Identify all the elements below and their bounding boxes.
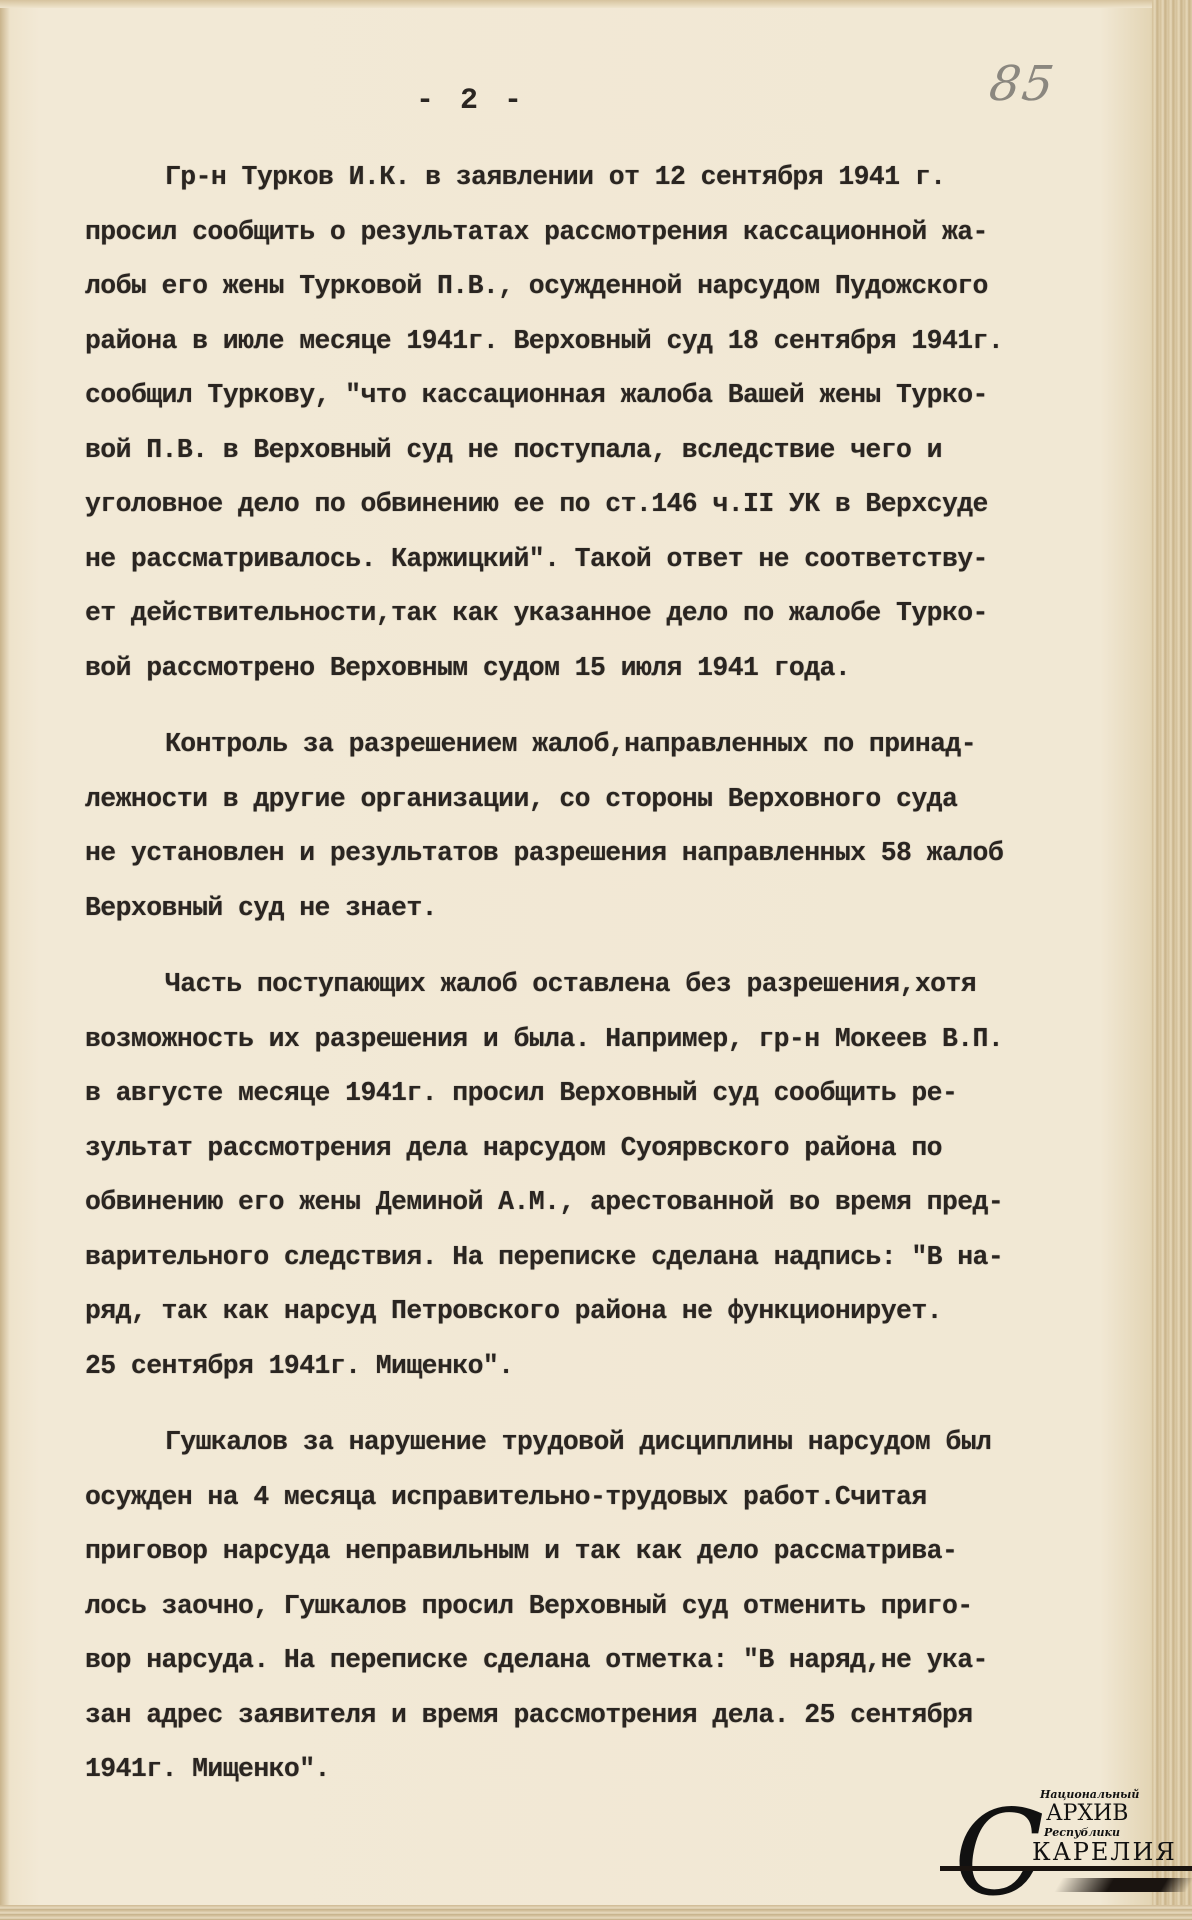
watermark-line-national: Национальный: [1040, 1788, 1139, 1801]
handwritten-folio-number: 85: [986, 56, 1059, 112]
text-line: вой рассмотрено Верховным судом 15 июля …: [85, 641, 1145, 696]
text-line: ет действительности,так как указанное де…: [85, 586, 1145, 641]
text-line: уголовное дело по обвинению ее по ст.146…: [85, 477, 1145, 532]
text-line: вой П.В. в Верховный суд не поступала, в…: [85, 423, 1145, 478]
text-line: зан адрес заявителя и время рассмотрения…: [85, 1688, 1145, 1743]
archive-watermark-logo: C Национальный АРХИВ Республики КАРЕЛИЯ: [940, 1788, 1192, 1920]
scanned-document-page: - 2 - 85 Гр-н Турков И.К. в заявлении от…: [0, 0, 1192, 1920]
text-line: лобы его жены Турковой П.В., осужденной …: [85, 259, 1145, 314]
text-line: Гр-н Турков И.К. в заявлении от 12 сентя…: [85, 150, 1145, 205]
paragraph: Часть поступающих жалоб оставлена без ра…: [85, 957, 1145, 1393]
text-line: лежности в другие организации, со сторон…: [85, 772, 1145, 827]
text-line: не рассматривалось. Каржицкий". Такой от…: [85, 532, 1145, 587]
text-line: возможность их разрешения и была. Наприм…: [85, 1012, 1145, 1067]
watermark-line-karelia: КАРЕЛИЯ: [1032, 1838, 1177, 1866]
text-line: приговор нарсуда неправильным и так как …: [85, 1524, 1145, 1579]
text-line: Верховный суд не знает.: [85, 881, 1145, 936]
text-line: ряд, так как нарсуд Петровского района н…: [85, 1284, 1145, 1339]
document-body: Гр-н Турков И.К. в заявлении от 12 сентя…: [85, 150, 1145, 1797]
page-stack-edge: [1152, 0, 1192, 1920]
paragraph: Гр-н Турков И.К. в заявлении от 12 сентя…: [85, 150, 1145, 695]
paragraph: Гушкалов за нарушение трудовой дисциплин…: [85, 1415, 1145, 1797]
text-line: лось заочно, Гушкалов просил Верховный с…: [85, 1579, 1145, 1634]
text-line: Часть поступающих жалоб оставлена без ра…: [85, 957, 1145, 1012]
text-line: осужден на 4 месяца исправительно-трудов…: [85, 1470, 1145, 1525]
text-line: вор нарсуда. На переписке сделана отметк…: [85, 1633, 1145, 1688]
text-line: варительного следствия. На переписке сде…: [85, 1230, 1145, 1285]
page-number: - 2 -: [416, 84, 526, 118]
watermark-rule: [940, 1866, 1192, 1871]
text-line: района в июле месяце 1941г. Верховный су…: [85, 314, 1145, 369]
text-line: зультат рассмотрения дела нарсудом Суояр…: [85, 1121, 1145, 1176]
text-line: Контроль за разрешением жалоб,направленн…: [85, 717, 1145, 772]
text-line: в августе месяце 1941г. просил Верховный…: [85, 1066, 1145, 1121]
text-line: 25 сентября 1941г. Мищенко".: [85, 1339, 1145, 1394]
text-line: не установлен и результатов разрешения н…: [85, 826, 1145, 881]
page-top-edge: [0, 0, 1160, 8]
text-line: обвинению его жены Деминой А.М., арестов…: [85, 1175, 1145, 1230]
text-line: Гушкалов за нарушение трудовой дисциплин…: [85, 1415, 1145, 1470]
text-line: просил сообщить о результатах рассмотрен…: [85, 205, 1145, 260]
monogram-icon: C: [954, 1794, 1044, 1912]
paragraph: Контроль за разрешением жалоб,направленн…: [85, 717, 1145, 935]
quill-icon: [1054, 1878, 1192, 1892]
text-line: сообщил Туркову, "что кассационная жалоб…: [85, 368, 1145, 423]
watermark-line-archive: АРХИВ: [1046, 1801, 1128, 1826]
